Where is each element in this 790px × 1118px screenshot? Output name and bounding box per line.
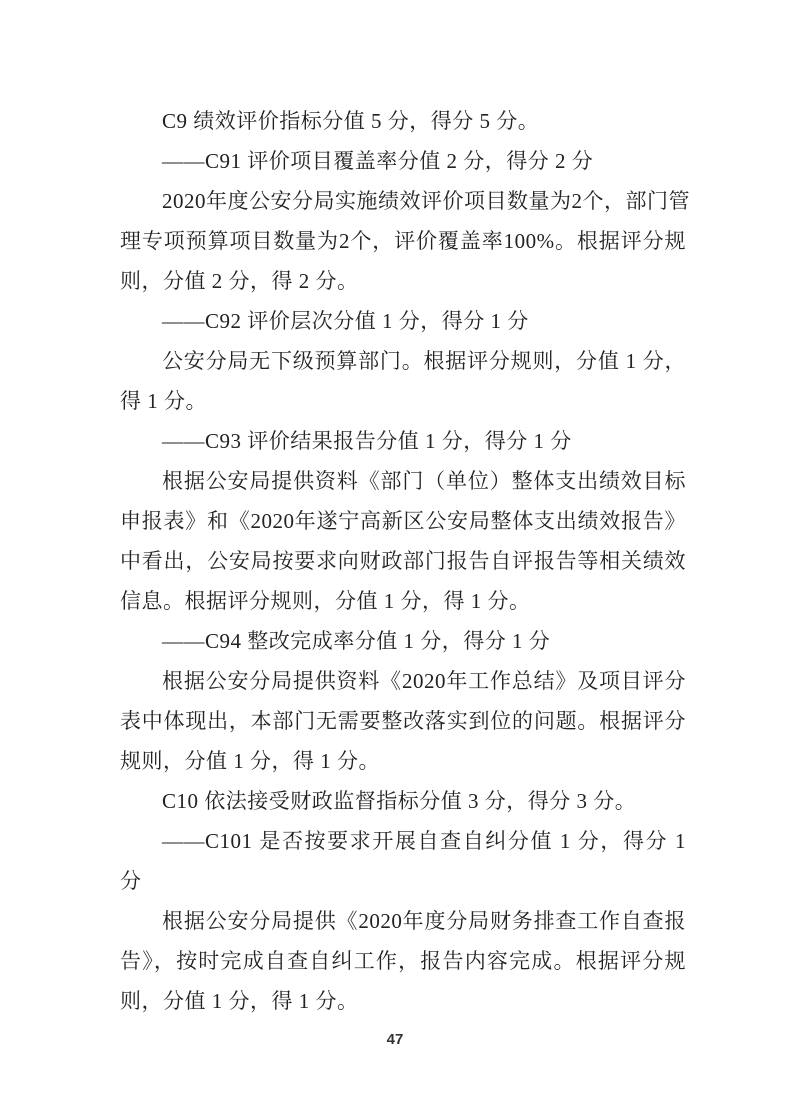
text-line: ——C93 评价结果报告分值 1 分，得分 1 分 [120, 421, 686, 461]
text-line: 得 1 分。 [120, 381, 686, 421]
paragraph: C10 依法接受财政监督指标分值 3 分，得分 3 分。 [120, 781, 686, 821]
paragraph: ——C92 评价层次分值 1 分，得分 1 分 [120, 301, 686, 341]
document-body: C9 绩效评价指标分值 5 分，得分 5 分。——C91 评价项目覆盖率分值 2… [120, 101, 686, 1021]
text-line: 告》，按时完成自查自纠工作，报告内容完成。根据评分规 [120, 941, 686, 981]
paragraph: ——C94 整改完成率分值 1 分，得分 1 分 [120, 621, 686, 661]
paragraph: 根据公安分局提供资料《2020年工作总结》及项目评分表中体现出，本部门无需要整改… [120, 661, 686, 781]
document-page: C9 绩效评价指标分值 5 分，得分 5 分。——C91 评价项目覆盖率分值 2… [0, 0, 790, 1118]
text-line: 信息。根据评分规则，分值 1 分，得 1 分。 [120, 581, 686, 621]
text-line: 2020年度公安分局实施绩效评价项目数量为2个，部门管 [120, 181, 686, 221]
paragraph: C9 绩效评价指标分值 5 分，得分 5 分。 [120, 101, 686, 141]
text-line: ——C92 评价层次分值 1 分，得分 1 分 [120, 301, 686, 341]
text-line: C10 依法接受财政监督指标分值 3 分，得分 3 分。 [120, 781, 686, 821]
text-line: 公安分局无下级预算部门。根据评分规则，分值 1 分， [120, 341, 686, 381]
paragraph: 2020年度公安分局实施绩效评价项目数量为2个，部门管理专项预算项目数量为2个，… [120, 181, 686, 301]
text-line: 则，分值 2 分，得 2 分。 [120, 261, 686, 301]
text-line: 根据公安分局提供《2020年度分局财务排查工作自查报 [120, 901, 686, 941]
text-line: ——C94 整改完成率分值 1 分，得分 1 分 [120, 621, 686, 661]
paragraph: ——C101 是否按要求开展自查自纠分值 1 分，得分 1分 [120, 821, 686, 901]
text-line: 根据公安分局提供资料《2020年工作总结》及项目评分 [120, 661, 686, 701]
paragraph: 根据公安局提供资料《部门（单位）整体支出绩效目标申报表》和《2020年遂宁高新区… [120, 461, 686, 621]
text-line: ——C101 是否按要求开展自查自纠分值 1 分，得分 1 [120, 821, 686, 861]
text-line: C9 绩效评价指标分值 5 分，得分 5 分。 [120, 101, 686, 141]
paragraph: ——C93 评价结果报告分值 1 分，得分 1 分 [120, 421, 686, 461]
text-line: 分 [120, 861, 686, 901]
text-line: 则，分值 1 分，得 1 分。 [120, 981, 686, 1021]
text-line: 根据公安局提供资料《部门（单位）整体支出绩效目标 [120, 461, 686, 501]
text-line: 理专项预算项目数量为2个，评价覆盖率100%。根据评分规 [120, 221, 686, 261]
page-number: 47 [0, 1031, 790, 1048]
text-line: 规则，分值 1 分，得 1 分。 [120, 741, 686, 781]
text-line: ——C91 评价项目覆盖率分值 2 分，得分 2 分 [120, 141, 686, 181]
paragraph: 公安分局无下级预算部门。根据评分规则，分值 1 分，得 1 分。 [120, 341, 686, 421]
paragraph: 根据公安分局提供《2020年度分局财务排查工作自查报告》，按时完成自查自纠工作，… [120, 901, 686, 1021]
text-line: 中看出，公安局按要求向财政部门报告自评报告等相关绩效 [120, 541, 686, 581]
text-line: 申报表》和《2020年遂宁高新区公安局整体支出绩效报告》 [120, 501, 686, 541]
paragraph: ——C91 评价项目覆盖率分值 2 分，得分 2 分 [120, 141, 686, 181]
text-line: 表中体现出，本部门无需要整改落实到位的问题。根据评分 [120, 701, 686, 741]
